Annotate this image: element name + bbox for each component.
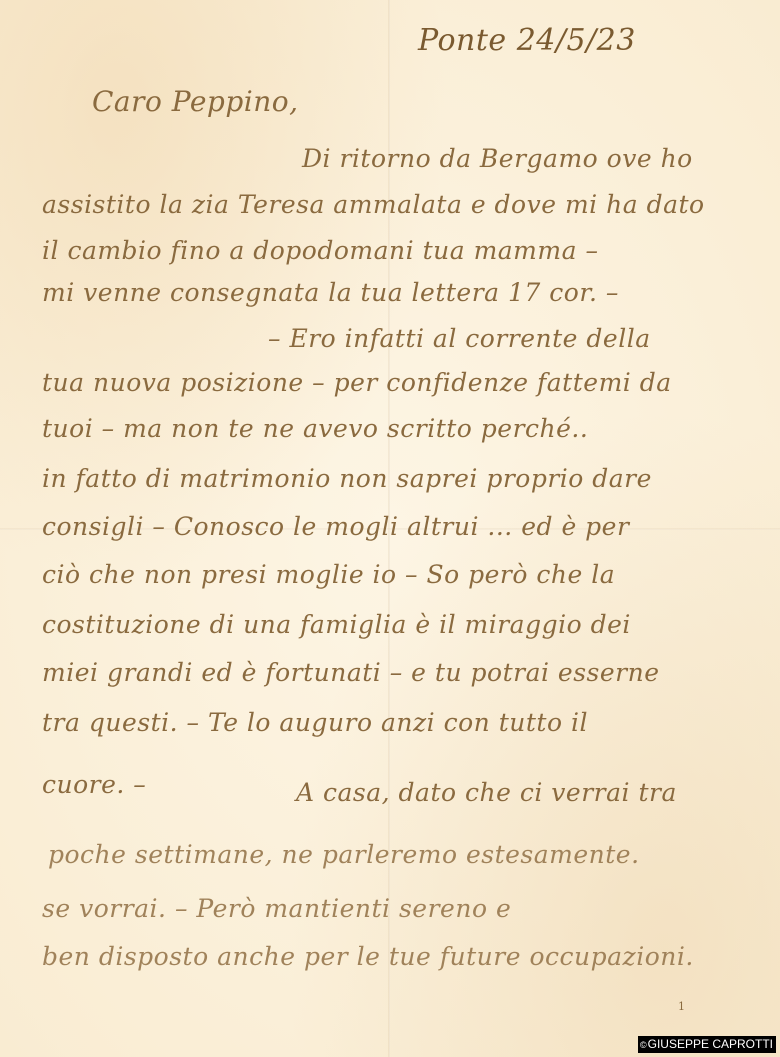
letter-line: poche settimane, ne parleremo estesament… (48, 842, 640, 867)
page-number: 1 (678, 1000, 685, 1013)
letter-line: ben disposto anche per le tue future occ… (42, 944, 694, 969)
letter-line: miei grandi ed è fortunati – e tu potrai… (42, 660, 660, 685)
letter-place-date: Ponte 24/5/23 (418, 26, 636, 56)
letter-line: A casa, dato che ci verrai tra (296, 780, 677, 805)
copyright-watermark: ©GIUSEPPE CAPROTTI (638, 1036, 776, 1053)
letter-line: ciò che non presi moglie io – So però ch… (42, 562, 615, 587)
letter-line: in fatto di matrimonio non saprei propri… (42, 466, 652, 491)
letter-line: costituzione di una famiglia è il miragg… (42, 612, 631, 637)
letter-line: consigli – Conosco le mogli altrui ... e… (42, 514, 629, 539)
letter-line: tuoi – ma non te ne avevo scritto perché… (42, 416, 588, 441)
letter-line: mi venne consegnata la tua lettera 17 co… (42, 280, 619, 305)
letter-line: tra questi. – Te lo auguro anzi con tutt… (42, 710, 588, 735)
letter-line: assistito la zia Teresa ammalata e dove … (42, 192, 705, 217)
letter-line: se vorrai. – Però mantienti sereno e (42, 896, 511, 921)
letter-line: tua nuova posizione – per confidenze fat… (42, 370, 672, 395)
letter-line: cuore. – (42, 772, 146, 797)
letter-salutation: Caro Peppino, (92, 88, 299, 116)
copyright-icon: © (640, 1040, 647, 1050)
letter-line: – Ero infatti al corrente della (268, 326, 651, 351)
copyright-text: GIUSEPPE CAPROTTI (648, 1037, 773, 1051)
letter-line: Di ritorno da Bergamo ove ho (302, 146, 693, 171)
letter-line: il cambio fino a dopodomani tua mamma – (42, 238, 598, 263)
